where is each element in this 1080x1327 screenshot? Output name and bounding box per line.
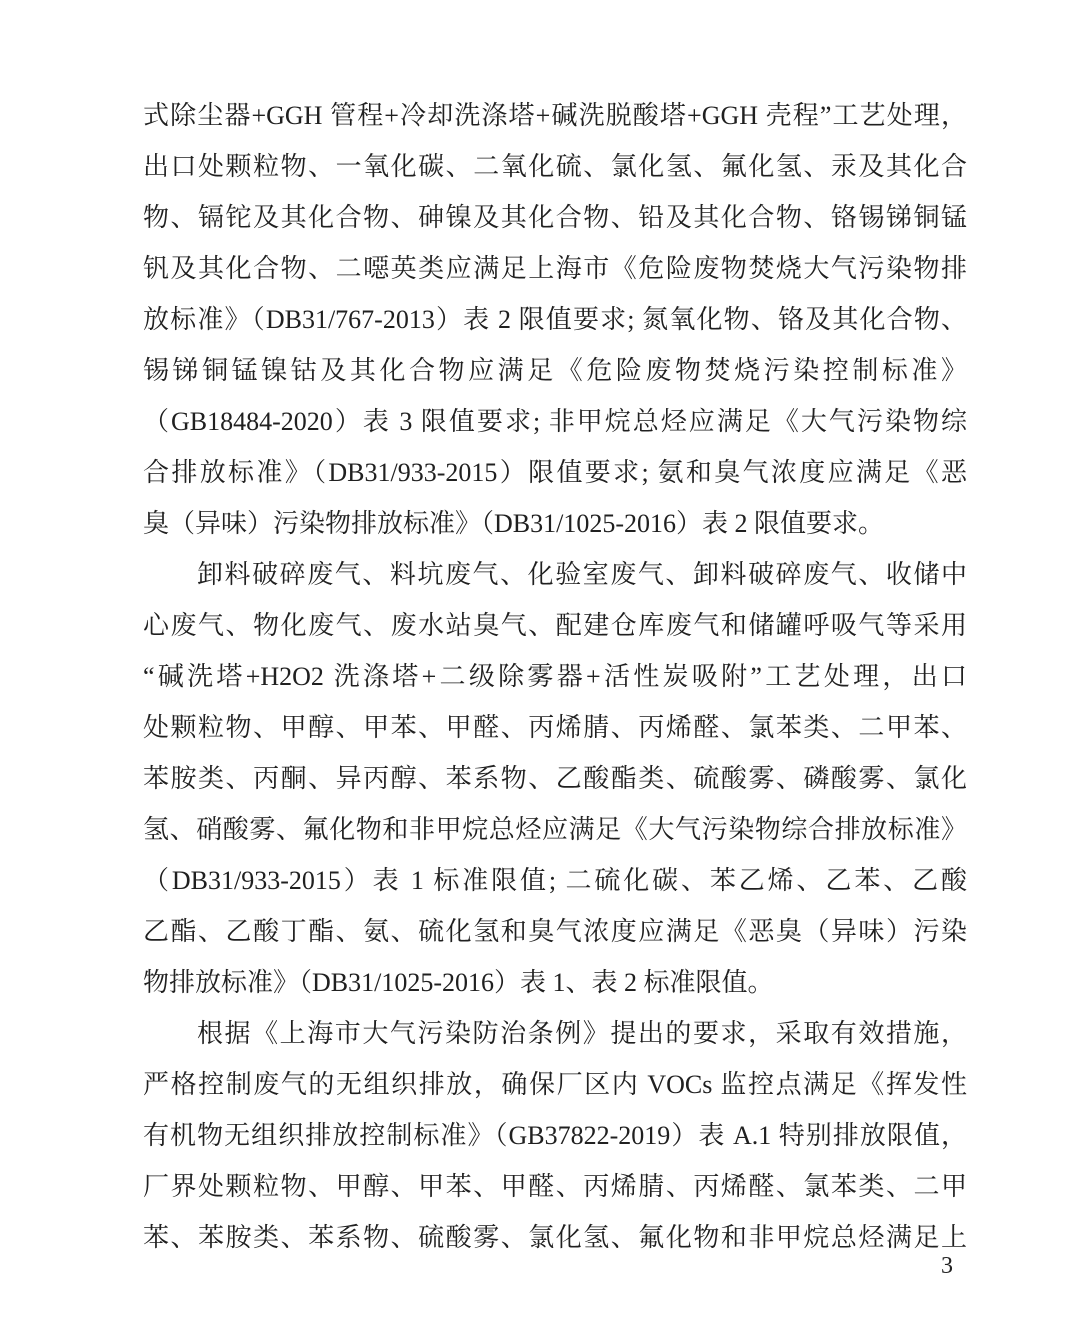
body-text: 式除尘器+GGH 管程+冷却洗涤塔+碱洗脱酸塔+GGH 壳程”工艺处理，出口处颗… <box>143 90 967 1263</box>
text-line: 根据《上海市大气污染防治条例》提出的要求，采取有效措施， <box>143 1008 967 1059</box>
text-line: 钒及其化合物、二噁英类应满足上海市《危险废物焚烧大气污染物排 <box>143 243 967 294</box>
text-line: 心废气、物化废气、废水站臭气、配建仓库废气和储罐呼吸气等采用 <box>143 600 967 651</box>
text-line: 物排放标准》（DB31/1025-2016）表 1、表 2 标准限值。 <box>143 957 967 1008</box>
text-line: 臭（异味）污染物排放标准》（DB31/1025-2016）表 2 限值要求。 <box>143 498 967 549</box>
text-line: 苯胺类、丙酮、异丙醇、苯系物、乙酸酯类、硫酸雾、磷酸雾、氯化 <box>143 753 967 804</box>
text-line: 式除尘器+GGH 管程+冷却洗涤塔+碱洗脱酸塔+GGH 壳程”工艺处理， <box>143 90 967 141</box>
text-line: 锡锑铜锰镍钴及其化合物应满足《危险废物焚烧污染控制标准》 <box>143 345 967 396</box>
text-line: 苯、苯胺类、苯系物、硫酸雾、氯化氢、氟化物和非甲烷总烃满足上 <box>143 1212 967 1263</box>
text-line: 厂界处颗粒物、甲醇、甲苯、甲醛、丙烯腈、丙烯醛、氯苯类、二甲 <box>143 1161 967 1212</box>
text-line: 乙酯、乙酸丁酯、氨、硫化氢和臭气浓度应满足《恶臭（异味）污染 <box>143 906 967 957</box>
text-line: 有机物无组织排放控制标准》（GB37822-2019）表 A.1 特别排放限值， <box>143 1110 967 1161</box>
text-line: 处颗粒物、甲醇、甲苯、甲醛、丙烯腈、丙烯醛、氯苯类、二甲苯、 <box>143 702 967 753</box>
text-line: （DB31/933-2015）表 1 标准限值; 二硫化碳、苯乙烯、乙苯、乙酸 <box>143 855 967 906</box>
text-line: 放标准》（DB31/767-2013）表 2 限值要求; 氮氧化物、铬及其化合物… <box>143 294 967 345</box>
text-line: “碱洗塔+H2O2 洗涤塔+二级除雾器+活性炭吸附”工艺处理，出口 <box>143 651 967 702</box>
text-line: 出口处颗粒物、一氧化碳、二氧化硫、氯化氢、氟化氢、汞及其化合 <box>143 141 967 192</box>
text-line: 严格控制废气的无组织排放，确保厂区内 VOCs 监控点满足《挥发性 <box>143 1059 967 1110</box>
text-line: （GB18484-2020）表 3 限值要求; 非甲烷总烃应满足《大气污染物综 <box>143 396 967 447</box>
text-line: 氢、硝酸雾、氟化物和非甲烷总烃应满足《大气污染物综合排放标准》 <box>143 804 967 855</box>
text-line: 物、镉铊及其化合物、砷镍及其化合物、铅及其化合物、铬锡锑铜锰 <box>143 192 967 243</box>
text-line: 卸料破碎废气、料坑废气、化验室废气、卸料破碎废气、收储中 <box>143 549 967 600</box>
page-number: 3 <box>941 1251 953 1281</box>
document-page: 式除尘器+GGH 管程+冷却洗涤塔+碱洗脱酸塔+GGH 壳程”工艺处理，出口处颗… <box>0 0 1080 1327</box>
text-line: 合排放标准》（DB31/933-2015）限值要求; 氨和臭气浓度应满足《恶 <box>143 447 967 498</box>
